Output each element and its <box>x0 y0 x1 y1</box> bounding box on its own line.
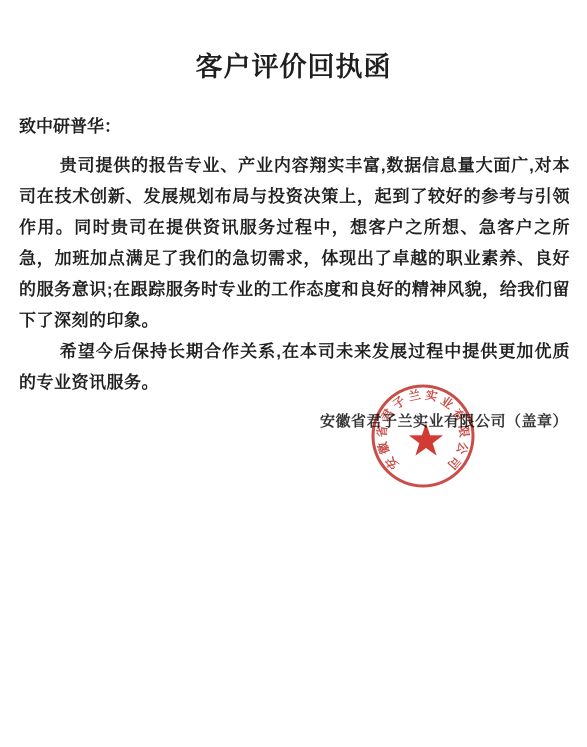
seal-character: 省 <box>374 424 390 438</box>
salutation: 致中研普华： <box>19 111 570 142</box>
body-paragraph-2: 希望今后保持长期合作关系,在本司未来发展过程中提供更加优质的专业资讯服务。 <box>19 336 570 398</box>
seal-character: 限 <box>456 424 471 438</box>
seal-svg: 安徽省君子兰实业有限公司 <box>370 383 476 489</box>
body-paragraph-1: 贵司提供的报告专业、产业内容翔实丰富,数据信息量大面广,对本司在技术创新、发展规… <box>19 150 570 336</box>
document-page: 客户评价回执函 致中研普华： 贵司提供的报告专业、产业内容翔实丰富,数据信息量大… <box>0 0 587 747</box>
document-title: 客户评价回执函 <box>0 45 587 84</box>
company-seal: 安徽省君子兰实业有限公司 <box>370 383 476 489</box>
seal-character: 兰 <box>407 387 422 404</box>
seal-character: 实 <box>424 387 439 404</box>
seal-character: 公 <box>454 440 471 456</box>
document-body: 致中研普华： 贵司提供的报告专业、产业内容翔实丰富,数据信息量大面广,对本司在技… <box>19 111 570 398</box>
star-icon <box>409 423 443 456</box>
